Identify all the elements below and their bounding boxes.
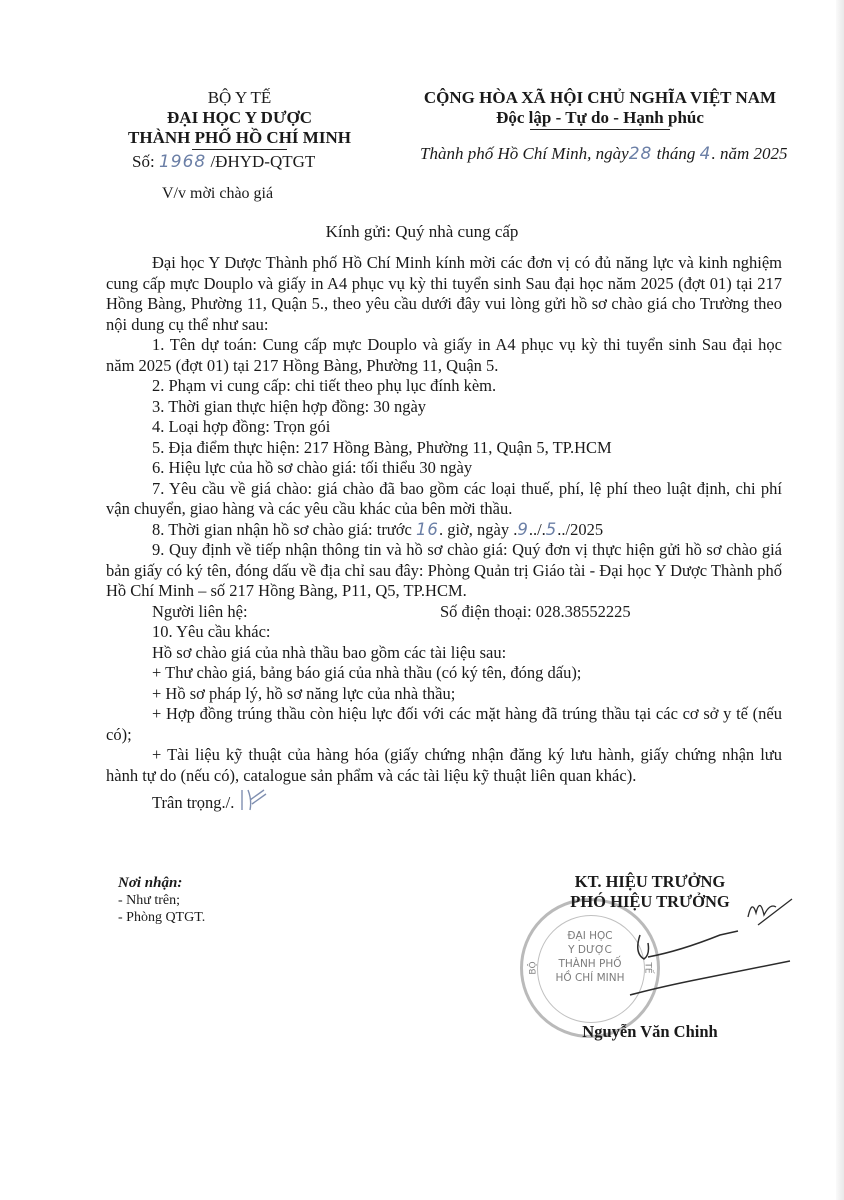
recipient-2: - Phòng QTGT. bbox=[118, 909, 205, 926]
national-motto: Độc lập - Tự do - Hạnh phúc bbox=[410, 108, 790, 128]
motto-underline bbox=[530, 129, 670, 130]
seal-side-left: BỘ bbox=[529, 961, 539, 974]
handwritten-day: 28 bbox=[629, 144, 653, 164]
document-subject: V/v mời chào giá bbox=[162, 185, 273, 203]
item-8-mid: . giờ, ngày . bbox=[439, 520, 517, 539]
intro-paragraph: Đại học Y Dược Thành phố Hồ Chí Minh kín… bbox=[106, 253, 782, 335]
contact-phone: Số điện thoại: 028.38552225 bbox=[440, 602, 631, 623]
number-suffix: /ĐHYD-QTGT bbox=[210, 152, 315, 171]
item-8-prefix: 8. Thời gian nhận hồ sơ chào giá: trước bbox=[152, 520, 412, 539]
item-8-sep: ../. bbox=[529, 520, 546, 539]
contact-person-label: Người liên hệ: bbox=[152, 602, 440, 623]
signer-title-1: KT. HIỆU TRƯỞNG bbox=[540, 872, 760, 892]
number-label: Số: bbox=[132, 152, 155, 171]
item-4: 4. Loại hợp đồng: Trọn gói bbox=[106, 417, 782, 438]
date-line: Thành phố Hồ Chí Minh, ngày28 tháng 4. n… bbox=[420, 144, 787, 164]
item-5: 5. Địa điểm thực hiện: 217 Hồng Bàng, Ph… bbox=[106, 438, 782, 459]
item-1: 1. Tên dự toán: Cung cấp mực Douplo và g… bbox=[106, 335, 782, 376]
month-label: tháng bbox=[657, 144, 696, 163]
handwritten-number: 1968 bbox=[159, 152, 206, 172]
item-8-suffix: ../2025 bbox=[557, 520, 603, 539]
item-6: 6. Hiệu lực của hồ sơ chào giá: tối thiể… bbox=[106, 458, 782, 479]
required-doc-1: + Thư chào giá, bảng báo giá của nhà thầ… bbox=[106, 663, 782, 684]
item-7: 7. Yêu cầu về giá chào: giá chào đã bao … bbox=[106, 479, 782, 520]
ministry-name: BỘ Y TẾ bbox=[112, 88, 367, 108]
contact-row: Người liên hệ: Số điện thoại: 028.385522… bbox=[106, 602, 782, 623]
required-doc-3: + Hợp đồng trúng thầu còn hiệu lực đối v… bbox=[106, 704, 782, 745]
signer-name: Nguyễn Văn Chinh bbox=[540, 1022, 760, 1042]
item-2: 2. Phạm vi cung cấp: chi tiết theo phụ l… bbox=[106, 376, 782, 397]
signature-scribble-icon bbox=[620, 895, 800, 1005]
date-prefix: Thành phố Hồ Chí Minh, ngày bbox=[420, 144, 629, 163]
handwritten-deadline-month: 5 bbox=[546, 520, 558, 539]
nation-title: CỘNG HÒA XÃ HỘI CHỦ NGHĨA VIỆT NAM bbox=[410, 88, 790, 108]
document-number: Số: 1968 /ĐHYD-QTGT bbox=[132, 152, 315, 172]
initials-mark-icon bbox=[238, 786, 272, 814]
recipients-block: Nơi nhận: - Như trên; - Phòng QTGT. bbox=[118, 875, 205, 926]
letter-body: Đại học Y Dược Thành phố Hồ Chí Minh kín… bbox=[106, 253, 782, 814]
handwritten-hour: 16 bbox=[416, 520, 439, 539]
university-name-line1: ĐẠI HỌC Y DƯỢC bbox=[112, 108, 367, 128]
handwritten-month: 4 bbox=[700, 144, 712, 164]
item-9: 9. Quy định về tiếp nhận thông tin và hồ… bbox=[106, 540, 782, 602]
required-doc-2: + Hồ sơ pháp lý, hồ sơ năng lực của nhà … bbox=[106, 684, 782, 705]
item-10-title: 10. Yêu cầu khác: bbox=[106, 622, 782, 643]
issuer-underline bbox=[192, 149, 287, 150]
document-page: BỘ Y TẾ ĐẠI HỌC Y DƯỢC THÀNH PHỐ HỒ CHÍ … bbox=[0, 0, 844, 1200]
required-doc-4: + Tài liệu kỹ thuật của hàng hóa (giấy c… bbox=[106, 745, 782, 786]
recipient-1: - Như trên; bbox=[118, 892, 205, 909]
closing-text: Trân trọng./. bbox=[152, 793, 234, 812]
page-edge-shadow bbox=[836, 0, 844, 1200]
closing-line: Trân trọng./. bbox=[106, 786, 782, 814]
university-name-line2: THÀNH PHỐ HỒ CHÍ MINH bbox=[112, 128, 367, 148]
item-10-lead: Hồ sơ chào giá của nhà thầu bao gồm các … bbox=[106, 643, 782, 664]
item-8: 8. Thời gian nhận hồ sơ chào giá: trước … bbox=[106, 520, 782, 541]
handwritten-deadline-day: 9 bbox=[517, 520, 529, 539]
item-3: 3. Thời gian thực hiện hợp đồng: 30 ngày bbox=[106, 397, 782, 418]
year-text: năm 2025 bbox=[720, 144, 788, 163]
issuer-block: BỘ Y TẾ ĐẠI HỌC Y DƯỢC THÀNH PHỐ HỒ CHÍ … bbox=[112, 88, 367, 150]
national-header: CỘNG HÒA XÃ HỘI CHỦ NGHĨA VIỆT NAM Độc l… bbox=[410, 88, 790, 130]
salutation: Kính gửi: Quý nhà cung cấp bbox=[0, 222, 844, 242]
recipients-title: Nơi nhận: bbox=[118, 875, 205, 892]
